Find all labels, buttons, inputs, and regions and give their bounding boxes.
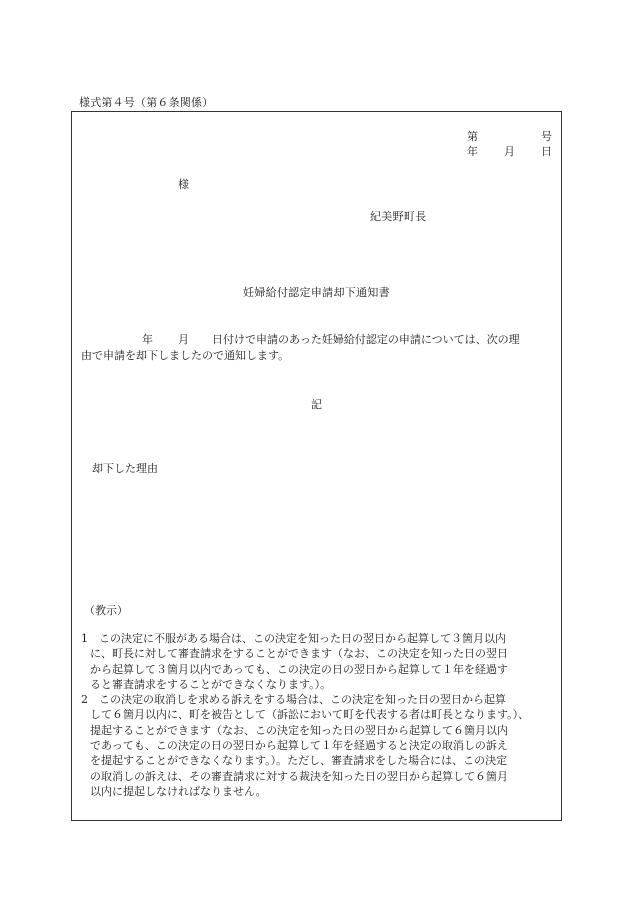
note-2-line-5: を提起することができなくなります。）。ただし、審査請求をした場合には、この決定	[81, 753, 561, 768]
document-title: 妊婦給付認定申請却下通知書	[72, 284, 561, 300]
note-1-line-2: に、町長に対して審査請求をすることができます（なお、この決定を知った日の翌日	[81, 646, 561, 661]
note-2-line-3: 提起することができます（なお、この決定を知った日の翌日から起算して６箇月以内	[81, 723, 561, 738]
body-line-1-text: 日付けで申請のあった妊婦給付認定の申請については、次の理	[212, 333, 520, 346]
document-number-suffix: 号	[541, 128, 552, 144]
note-2-line-6: の取消しの訴えは、その審査請求に対する裁決を知った日の翌日から起算して６箇月	[81, 769, 561, 784]
instruction-notes: 1 この決定に不服がある場合は、この決定を知った日の翌日から起算して３箇月以内 …	[81, 631, 561, 799]
body-month-label: 月	[178, 333, 189, 346]
notice-frame: 第 号 年 月 日 様 紀美野町長 妊婦給付認定申請却下通知書 年月日付けで申請…	[71, 111, 562, 821]
body-year-label: 年	[142, 333, 153, 346]
note-1-line-1: 1 この決定に不服がある場合は、この決定を知った日の翌日から起算して３箇月以内	[81, 631, 561, 646]
note-1-line-4: ると審査請求をすることができなくなります。）。	[81, 677, 561, 692]
issuer-name: 紀美野町長	[370, 208, 427, 224]
note-1-line-3: から起算して３箇月以内であっても、この決定の日の翌日から起算して１年を経過す	[81, 662, 561, 677]
notice-body: 年月日付けで申請のあった妊婦給付認定の申請については、次の理 由で申請を却下しま…	[81, 332, 555, 364]
form-number: 様式第４号（第６条関係）	[79, 94, 213, 110]
ki-heading: 記	[72, 396, 561, 412]
body-line-2: 由で申請を却下しましたので通知します。	[81, 348, 555, 364]
note-2-line-2: して６箇月以内に、町を被告として（訴訟において町を代表する者は町長となります。）…	[81, 707, 561, 722]
note-2-line-1: 2 この決定の取消しを求める訴えをする場合は、この決定を知った日の翌日から起算	[81, 692, 561, 707]
date-year-label: 年	[467, 143, 478, 159]
body-line-1: 年月日付けで申請のあった妊婦給付認定の申請については、次の理	[81, 332, 555, 348]
note-2-line-7: 以内に提起しなければなりません。	[81, 784, 561, 799]
date-month-label: 月	[504, 143, 515, 159]
note-2-line-4: であっても、この決定の日の翌日から起算して１年を経過すると決定の取消しの訴え	[81, 738, 561, 753]
date-day-label: 日	[541, 143, 552, 159]
addressee-honorific: 様	[178, 176, 189, 192]
rejection-reason-label: 却下した理由	[92, 460, 158, 476]
document-number-prefix: 第	[467, 128, 478, 144]
instruction-heading: （教示）	[84, 602, 128, 618]
